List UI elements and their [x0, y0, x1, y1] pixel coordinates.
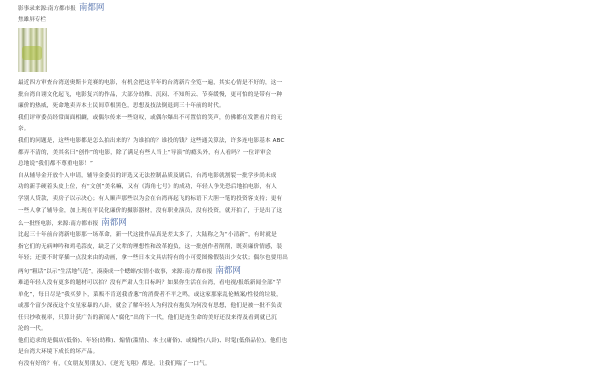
source-line: 么一批怪电影，来源:南方都市报南都网	[18, 217, 303, 230]
text-line: 都弄不清的，美其名曰“创作”的电影，除了满足有些人当上“导演”的瘾头外，有人看吗…	[18, 148, 303, 160]
text-line: 有没有好的？有，《女朋友男朋友》、《逆光飞翔》都是。让我们喘了一口气。	[18, 359, 303, 371]
text-line: 沦的一代。	[18, 324, 303, 336]
brand-link[interactable]: 南都网	[101, 218, 127, 228]
text-line: 是台湾大环境下成长的坏产品。	[18, 347, 303, 359]
source-text: 么一批怪电影，来源:南方都市报	[18, 221, 98, 227]
brand-link[interactable]: 南都网	[215, 266, 241, 276]
article-header: 影事录来源:南方都市报南都网	[18, 2, 303, 15]
text-line: 他们追求的是偶店(低俗)、年轻(幼稚)、煽情(滥情)、本土(庸俗)、或煽性(八卦…	[18, 336, 303, 348]
text-line: 学别人贷款，卖房子以示决心；有人顺声那些以为会在台湾再起飞的标语下大胆一笔的投资…	[18, 194, 303, 206]
text-line: 一些人拿了辅导金，加上现在平民化廉价的摄影器材，没有职业演员，没有投资，就开拍了…	[18, 206, 303, 218]
article: 影事录来源:南方都市报南都网 焦雄屏专栏 最近四方审查台湾送奥斯卡竞赛的电影，有…	[18, 2, 303, 371]
text-line: 难道年轻人没有更多的题材可以拍？没有严肃人生目标吗？如果你生活在台湾，看电视/报…	[18, 278, 303, 290]
text-line: 两句“粗话”以示“生活地气范”，凑凑成一个蟋蟀/实情小故事，来源:南方都市报	[18, 269, 212, 275]
text-line: 比起三十年前台湾新电影那一场革命，新一代这批作品真是差太多了，大陆称之为“小清新…	[18, 230, 303, 242]
column-photo	[18, 28, 47, 72]
paragraph-block-2: 比起三十年前台湾新电影那一场革命，新一代这批作品真是差太多了，大陆称之为“小清新…	[18, 230, 303, 278]
text-line: 廉价的热威，死命地卖弄本土民间草根黑色，思想及技法倒退到三十年前的时代。	[18, 101, 303, 113]
text-line: 自从辅导金开放个人申请，辅导金委员的评选又无法控制品质及剧后，台湾电影就割裂一批…	[18, 171, 303, 183]
text-line: 最近四方审查台湾送奥斯卡竞赛的电影，有机会把这半年的台湾新片全览一遍，其实心情是…	[18, 78, 303, 90]
text-line: 总地说“我们都不尊重电影！”	[18, 159, 303, 171]
source-text: 影事录来源:南方都市报	[18, 6, 76, 12]
text-line: 批台湾自诩文化起飞，电影复兴的作品，大部分幼稚、沉闷、不知所云、节奏缓慢，更可怕…	[18, 90, 303, 102]
brand-link[interactable]: 南都网	[79, 3, 105, 13]
text-line: 或那个富少深夜这个女星家暴的八卦，就会了解年轻人为何没有抱负为何没有思想，他们是…	[18, 301, 303, 313]
source-line: 两句“粗话”以示“生活地气范”，凑凑成一个蟋蟀/实情小故事，来源:南方都市报南都…	[18, 265, 303, 278]
text-line: 任只抄收视率，只算计获广告的新闻人“腐化”出的下一代，他们是连生命的美好还没来得…	[18, 313, 303, 325]
text-line: 奈。	[18, 124, 303, 136]
paragraph-block-3: 难道年轻人没有更多的题材可以拍？没有严肃人生目标吗？如果你生活在台湾，看电视/报…	[18, 278, 303, 371]
paragraph-block-1: 最近四方审查台湾送奥斯卡竞赛的电影，有机会把这半年的台湾新片全览一遍，其实心情是…	[18, 78, 303, 217]
text-line: 指它们的无病呻吟和鸡毛蒜皮，缺乏了父辈的理想性和改革抱负，这一批创作者削削，既卖…	[18, 242, 303, 254]
text-line: 单化”，每日尽是“我买萝卜，菜贩不肯送我香葱”的消费者不平之鸣，或这家那家乱伦贼…	[18, 290, 303, 302]
text-line: 功的新手硬着头皮上位，有“文创”美名嘛，又有《海角七号》的成功，年轻人争先恐后地…	[18, 182, 303, 194]
author-byline: 焦雄屏专栏	[18, 15, 303, 25]
text-line: 我们的问题是，这些电影都是怎么拍出来的？为谁拍的？谁投的钱？这些通关算法，许多连…	[18, 136, 303, 148]
text-line: 我们评审委员经常面面相觑，或偶尔传来一些窃叹，或偶尔爆出不可置信的笑声，仿佛都在…	[18, 113, 303, 125]
text-line: 年轻；还要不时穿插一点没来由的动画，拿一些日本文具店特有的小可爱图像假装出少女状…	[18, 253, 303, 265]
